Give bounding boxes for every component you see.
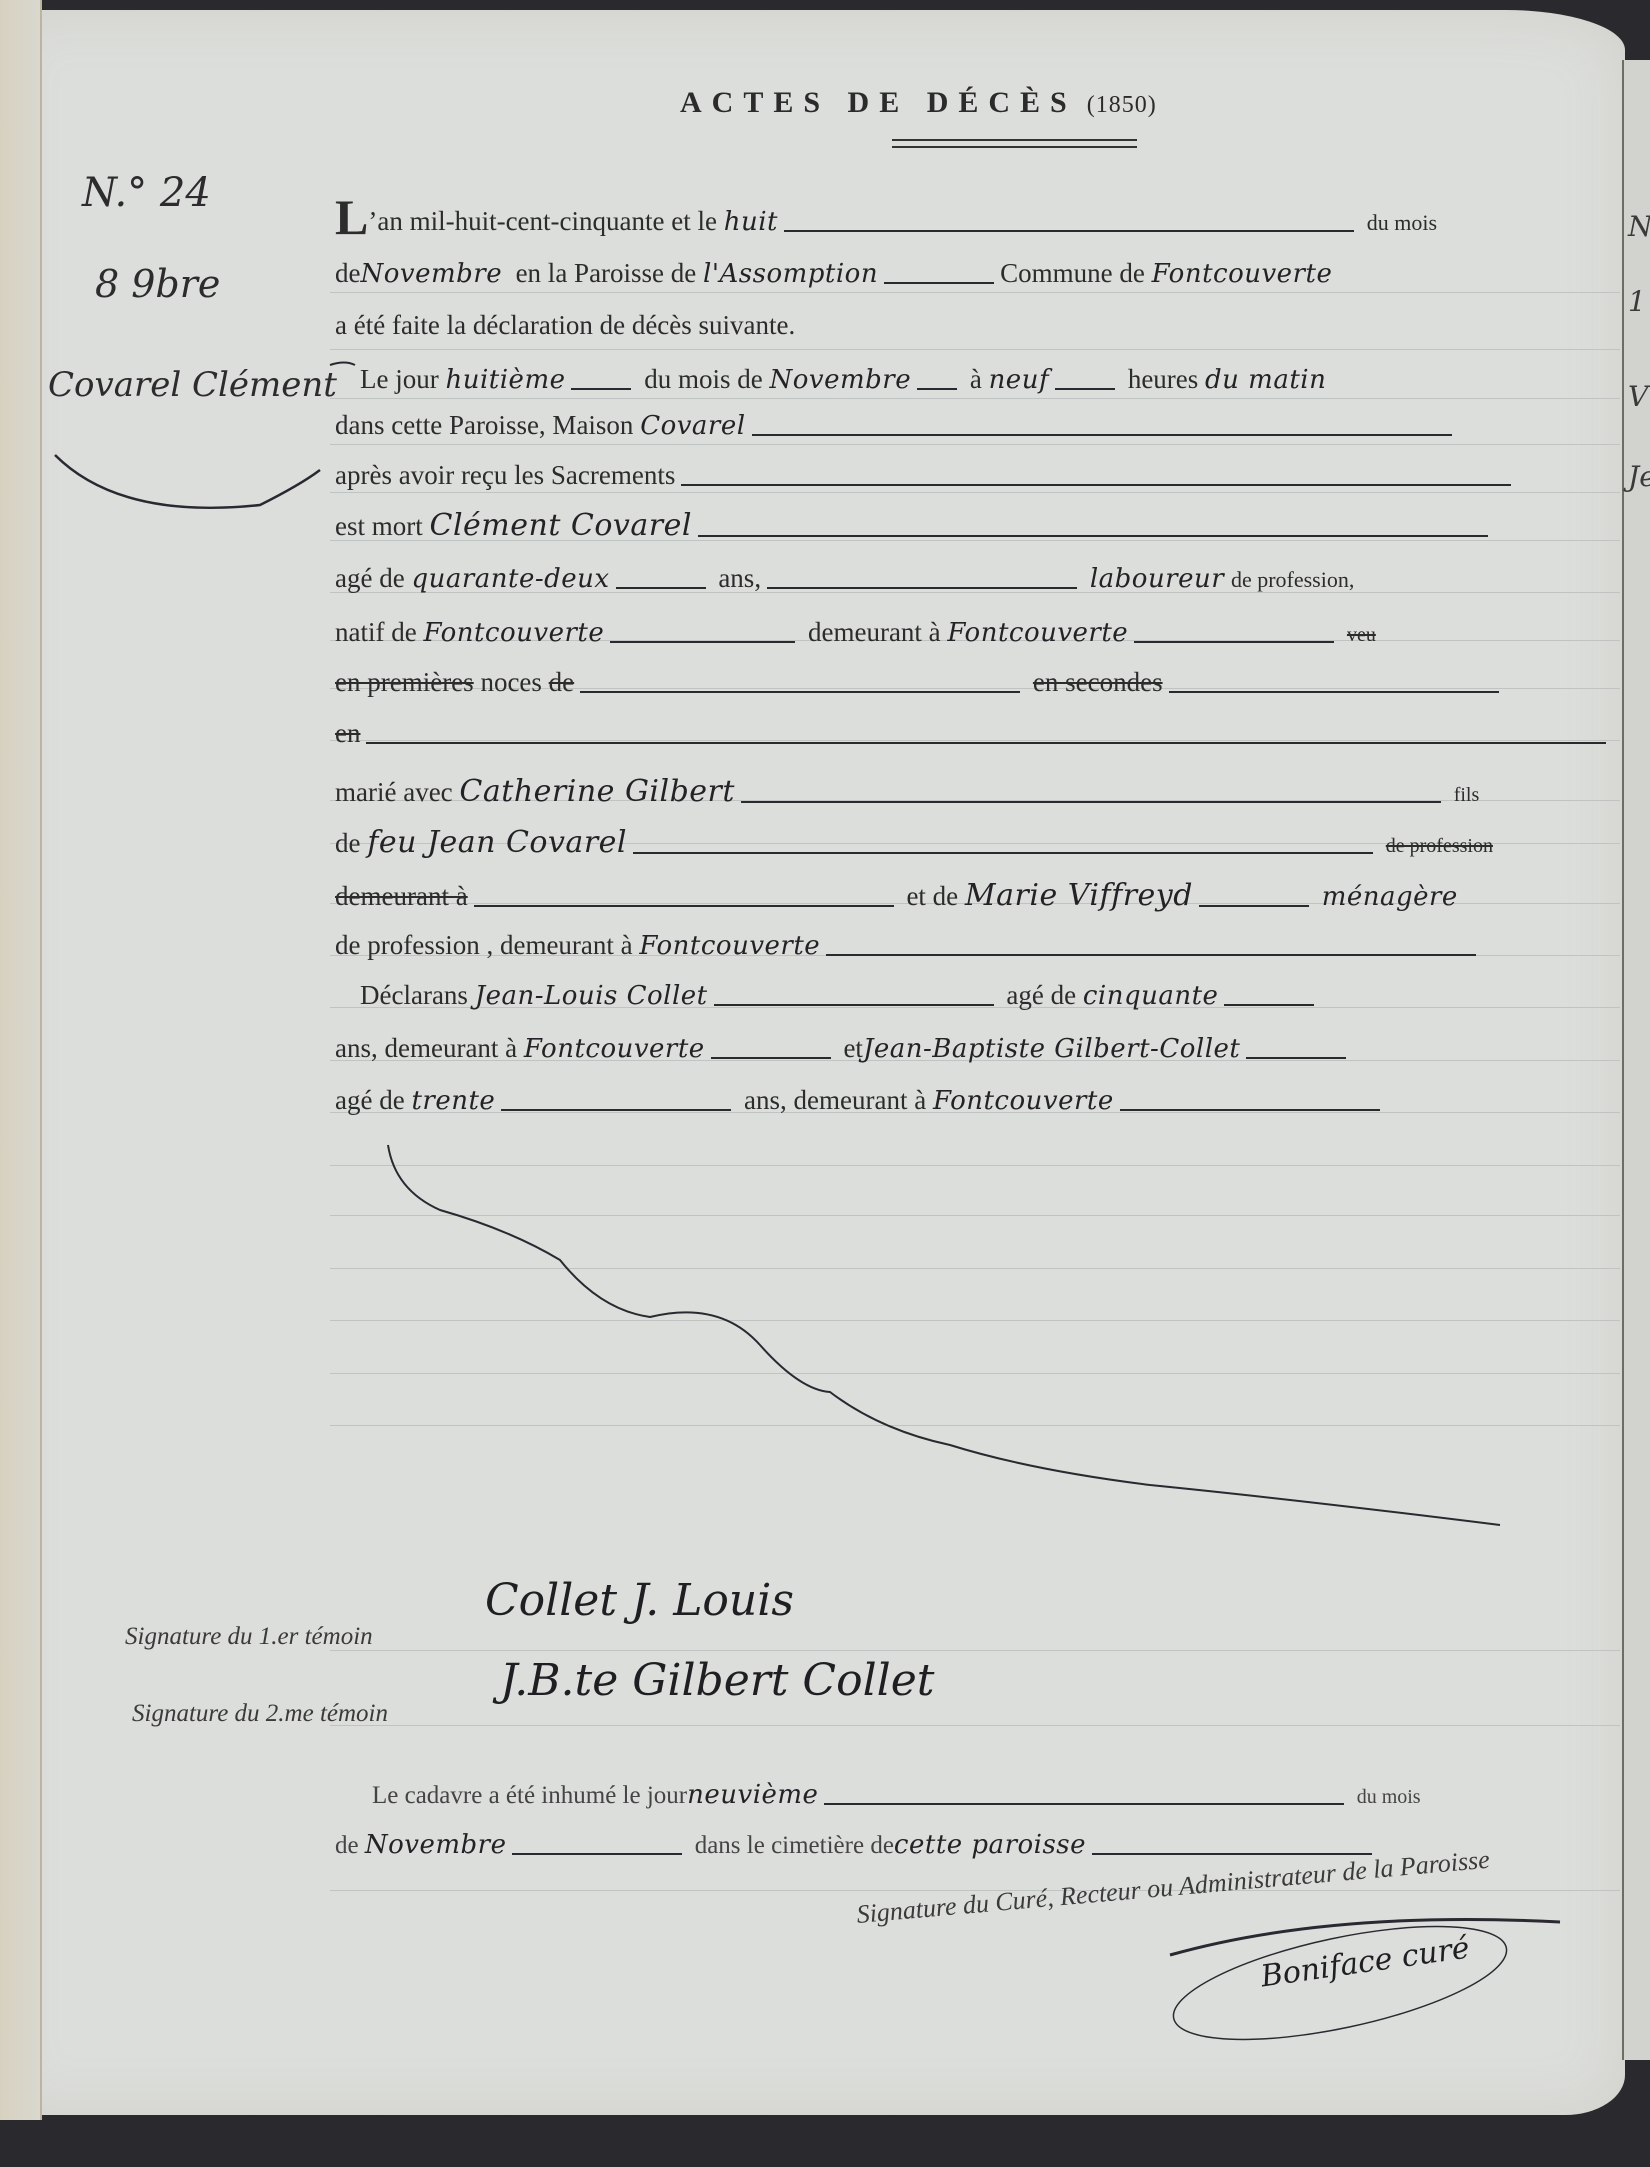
burial-place-field: cette paroisse xyxy=(894,1830,1086,1860)
witness1-signature: Collet J. Louis xyxy=(485,1575,794,1626)
document-scan: N. 1 V Je ACTES DE DÉCÈS(1850) N.° 24 8 … xyxy=(0,0,1650,2167)
printed-text: Le cadavre a été inhumé le jour xyxy=(372,1782,687,1809)
burial-line-1: Le cadavre a été inhumé le journeuvième … xyxy=(372,1780,1421,1810)
printed-text: du mois xyxy=(1357,1786,1421,1808)
witness1-label: Signature du 1.er témoin xyxy=(125,1623,373,1651)
burial-day-field: neuvième xyxy=(687,1780,818,1810)
witness2-label: Signature du 2.me témoin xyxy=(132,1700,388,1728)
printed-text: de xyxy=(335,1832,359,1859)
witness2-signature: J.B.te Gilbert Collet xyxy=(500,1655,934,1706)
burial-month-field: Novembre xyxy=(365,1830,507,1860)
printed-text: dans le cimetière de xyxy=(695,1832,894,1859)
burial-line-2: de Novembre dans le cimetière decette pa… xyxy=(335,1830,1378,1860)
